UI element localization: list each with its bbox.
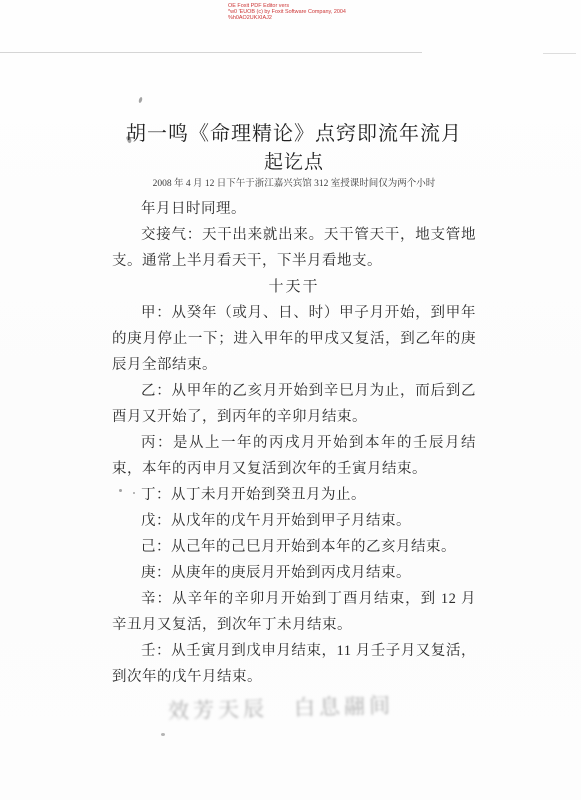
stem-entry-ren: 壬：从壬寅月到戊申月结束，11 月壬子月又复活，到次年的戊午月结束。	[112, 638, 476, 690]
intro-paragraph: 年月日时同理。	[112, 196, 476, 222]
intro-paragraph: 交接气：天干出来就出来。天干管天干，地支管地支。通常上半月看天干，下半月看地支。	[112, 222, 476, 274]
page-title-line1: 胡一鸣《命理精论》点窍即流年流月	[112, 120, 476, 149]
pen-mark	[138, 97, 143, 104]
ink-stamp: 效芳天辰白息翮间	[168, 689, 419, 726]
stamp-gap	[268, 715, 294, 716]
trial-watermark: OE Foxit PDF Editor vers *w0 'EUOB (c) b…	[228, 2, 346, 20]
stamp-text-left: 效芳天辰	[168, 693, 269, 726]
lecture-date-note: 2008 年 4 月 12 日下午于浙江嘉兴宾馆 312 室授课时间仅为两个小时	[112, 178, 476, 191]
scan-artifact-line	[543, 53, 576, 54]
stem-entry-jia: 甲：从癸年（或月、日、时）甲子月开始，到甲年的庚月停止一下；进入甲年的甲戌又复活…	[112, 300, 476, 378]
page-title-line2: 起讫点	[112, 149, 476, 176]
document-body: 胡一鸣《命理精论》点窍即流年流月 起讫点 2008 年 4 月 12 日下午于浙…	[112, 120, 476, 690]
stamp-text-right: 白息翮间	[294, 689, 395, 722]
section-heading: 十天干	[112, 274, 476, 300]
stem-entry-wu: 戊：从戊年的戊午月开始到甲子月结束。	[112, 508, 476, 534]
stem-entry-geng: 庚：从庚年的庚辰月开始到丙戌月结束。	[112, 560, 476, 586]
pen-mark	[161, 733, 165, 736]
stem-entry-ding: 丁：从丁未月开始到癸丑月为止。	[112, 482, 476, 508]
scanned-document-page: OE Foxit PDF Editor vers *w0 'EUOB (c) b…	[0, 0, 581, 800]
scan-artifact-line	[0, 52, 422, 53]
stem-entry-xin: 辛：从辛年的辛卯月开始到丁酉月结束，到 12 月辛丑月又复活，到次年丁未月结束。	[112, 586, 476, 638]
stem-entry-ji: 己：从己年的己巳月开始到本年的乙亥月结束。	[112, 534, 476, 560]
stem-entry-bing: 丙：是从上一年的丙戌月开始到本年的壬辰月结束，本年的丙申月又复活到次年的壬寅月结…	[112, 430, 476, 482]
stem-entry-yi: 乙：从甲年的乙亥月开始到辛巳月为止，而后到乙酉月又开始了，到丙年的辛卯月结束。	[112, 378, 476, 430]
watermark-line: %h0AO2UKXIAJ2	[228, 14, 346, 20]
